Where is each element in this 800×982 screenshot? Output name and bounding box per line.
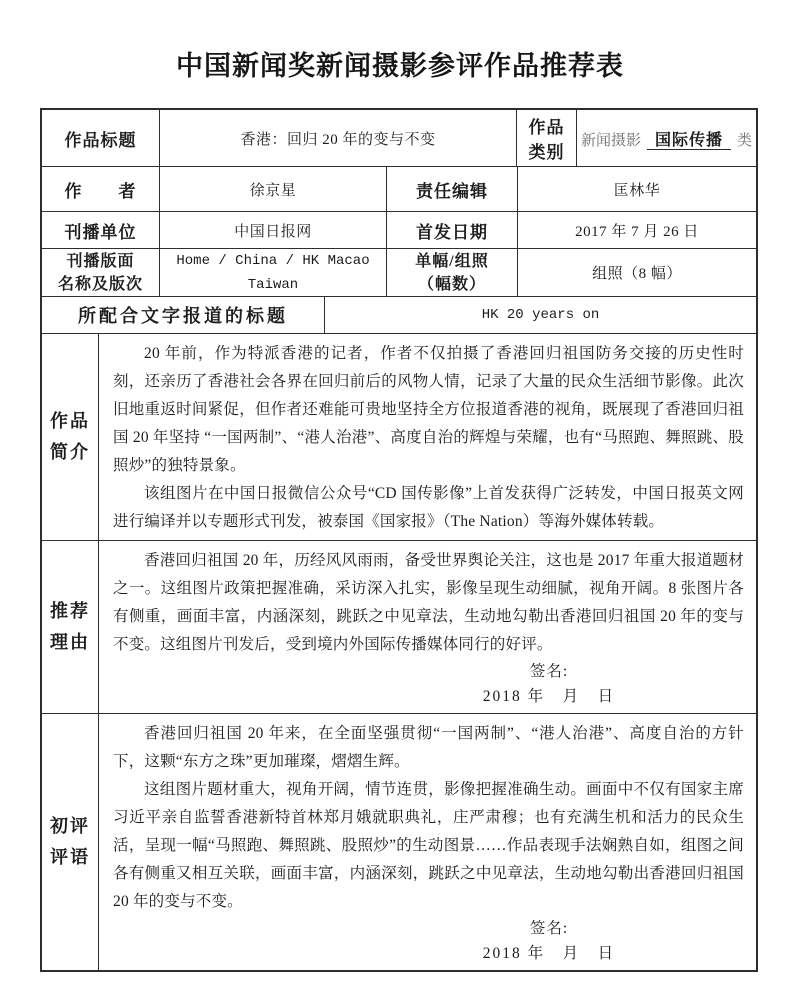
review-paragraph-1: 香港回归祖国 20 年来，在全面坚强贯彻“一国两制”、“港人治港”、高度自治的方…: [113, 720, 744, 776]
intro-paragraph-1: 20 年前，作为特派香港的记者，作者不仅拍摄了香港回归祖国防务交接的历史性时刻，…: [113, 340, 744, 480]
photo-count-label-line2: （幅数）: [418, 273, 486, 296]
photo-count-value-cell: 组照（8 幅）: [518, 249, 756, 296]
page-layout-value-cell: Home / China / HK Macao Taiwan: [160, 249, 387, 296]
recommendation-signature-block: 签名: 2018 年 月 日: [424, 659, 674, 709]
category-highlight: 国际传播: [647, 132, 731, 150]
recommendation-content: 香港回归祖国 20 年，历经风风雨雨，备受世界舆论关注，这也是 2017 年重大…: [99, 541, 756, 713]
recommendation-label-cell: 推荐 理由: [42, 541, 99, 713]
publisher-label-cell: 刊播单位: [42, 212, 160, 248]
row-publisher: 刊播单位 中国日报网 首发日期 2017 年 7 月 26 日: [42, 212, 756, 249]
intro-label-cell: 作品 简介: [42, 334, 99, 540]
recommendation-label-line2: 理由: [50, 627, 90, 658]
page-layout-value-line2: Taiwan: [248, 273, 298, 297]
text-report-value: HK 20 years on: [482, 303, 600, 327]
review-content: 香港回归祖国 20 年来，在全面坚强贯彻“一国两制”、“港人治港”、高度自治的方…: [99, 714, 756, 970]
review-signature-date: 2018 年 月 日: [424, 941, 674, 966]
work-title-label-cell: 作品标题: [42, 110, 160, 166]
page-title: 中国新闻奖新闻摄影参评作品推荐表: [0, 44, 800, 83]
photo-count-label-line1: 单幅/组照: [415, 250, 488, 273]
review-label-line1: 初评: [50, 811, 90, 842]
publisher-value: 中国日报网: [234, 220, 312, 241]
category-value: 新闻摄影 国际传播 类: [581, 127, 752, 150]
review-paragraph-2: 这组图片题材重大，视角开阔，情节连贯，影像把握准确生动。画面中不仅有国家主席习近…: [113, 776, 744, 916]
review-signature-block: 签名: 2018 年 月 日: [424, 916, 674, 966]
row-work-title: 作品标题 香港：回归 20 年的变与不变 作品 类别 新闻摄影 国际传播 类: [42, 110, 756, 167]
review-label-line2: 评语: [50, 842, 90, 873]
publisher-value-cell: 中国日报网: [160, 212, 387, 248]
editor-value: 匡林华: [614, 179, 661, 200]
author-label: 作 者: [65, 177, 137, 202]
review-signature-label: 签名:: [424, 916, 674, 941]
publisher-label: 刊播单位: [65, 218, 137, 243]
text-report-label-cell: 所配合文字报道的标题: [42, 297, 325, 333]
category-label-line1: 作品: [529, 113, 565, 138]
recommendation-signature-date: 2018 年 月 日: [424, 684, 674, 709]
publish-date-value: 2017 年 7 月 26 日: [575, 220, 699, 241]
author-label-cell: 作 者: [42, 167, 160, 211]
intro-paragraph-2: 该组图片在中国日报微信公众号“CD 国传影像”上首发获得广泛转发，中国日报英文网…: [113, 480, 744, 536]
section-recommendation: 推荐 理由 香港回归祖国 20 年，历经风风雨雨，备受世界舆论关注，这也是 20…: [42, 541, 756, 714]
page-layout-label-line1: 刊播版面: [66, 250, 134, 273]
category-suffix: 类: [737, 133, 752, 149]
work-title-value-cell: 香港：回归 20 年的变与不变: [160, 110, 517, 166]
work-title-value: 香港：回归 20 年的变与不变: [240, 128, 435, 149]
photo-count-value: 组照（8 幅）: [592, 262, 682, 283]
publish-date-label-cell: 首发日期: [387, 212, 518, 248]
editor-label: 责任编辑: [416, 177, 488, 202]
editor-label-cell: 责任编辑: [387, 167, 518, 211]
category-value-cell: 新闻摄影 国际传播 类: [577, 110, 756, 166]
page-layout-value-line1: Home / China / HK Macao: [176, 249, 369, 273]
publish-date-value-cell: 2017 年 7 月 26 日: [518, 212, 756, 248]
author-value-cell: 徐京星: [160, 167, 387, 211]
intro-label-line1: 作品: [50, 406, 90, 437]
intro-content: 20 年前，作为特派香港的记者，作者不仅拍摄了香港回归祖国防务交接的历史性时刻，…: [99, 334, 756, 540]
page-layout-label-line2: 名称及版次: [58, 273, 143, 296]
photo-count-label-cell: 单幅/组照 （幅数）: [387, 249, 518, 296]
row-page-layout: 刊播版面 名称及版次 Home / China / HK Macao Taiwa…: [42, 249, 756, 297]
section-intro: 作品 简介 20 年前，作为特派香港的记者，作者不仅拍摄了香港回归祖国防务交接的…: [42, 334, 756, 541]
category-label-cell: 作品 类别: [517, 110, 577, 166]
recommendation-label-line1: 推荐: [50, 596, 90, 627]
page-layout-label-cell: 刊播版面 名称及版次: [42, 249, 160, 296]
section-review: 初评 评语 香港回归祖国 20 年来，在全面坚强贯彻“一国两制”、“港人治港”、…: [42, 714, 756, 970]
editor-value-cell: 匡林华: [518, 167, 756, 211]
recommendation-paragraph-1: 香港回归祖国 20 年，历经风风雨雨，备受世界舆论关注，这也是 2017 年重大…: [113, 547, 744, 659]
recommendation-signature-label: 签名:: [424, 659, 674, 684]
category-prefix: 新闻摄影: [581, 133, 641, 149]
recommendation-form-page: 中国新闻奖新闻摄影参评作品推荐表 作品标题 香港：回归 20 年的变与不变 作品…: [0, 0, 800, 982]
publish-date-label: 首发日期: [416, 218, 488, 243]
row-author: 作 者 徐京星 责任编辑 匡林华: [42, 167, 756, 212]
category-label-line2: 类别: [529, 138, 565, 163]
review-label-cell: 初评 评语: [42, 714, 99, 970]
work-title-label: 作品标题: [65, 126, 137, 151]
row-text-report: 所配合文字报道的标题 HK 20 years on: [42, 297, 756, 334]
form-table: 作品标题 香港：回归 20 年的变与不变 作品 类别 新闻摄影 国际传播 类 作…: [40, 108, 758, 972]
text-report-label: 所配合文字报道的标题: [78, 302, 288, 328]
author-value: 徐京星: [250, 179, 297, 200]
text-report-value-cell: HK 20 years on: [325, 297, 756, 333]
intro-label-line2: 简介: [50, 437, 90, 468]
